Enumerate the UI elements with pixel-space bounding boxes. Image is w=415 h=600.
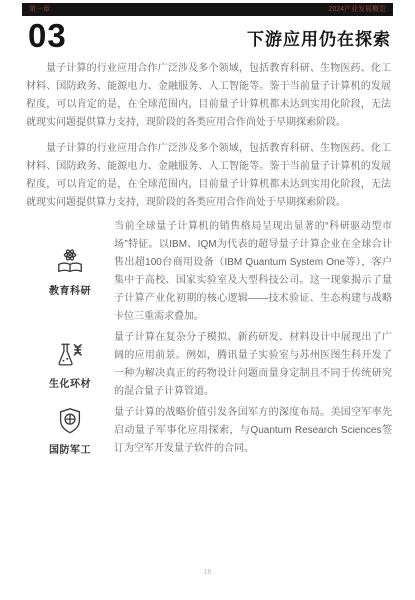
section-label: 生化环材 bbox=[49, 375, 91, 390]
header-doc-title: 2024产业发展概览 bbox=[328, 6, 386, 13]
intro-paragraph-1: 量子计算的行业应用合作广泛涉及多个领域，包括教育科研、生物医药、化工材料、国防政… bbox=[26, 60, 391, 132]
book-atom-icon bbox=[55, 247, 85, 277]
header-chapter-label: 第一章 bbox=[29, 6, 50, 13]
page-title: 下游应用仍在探索 bbox=[247, 25, 391, 52]
section-defense-military: 国防军工 量子计算的战略价值引发各国军方的深度布局。美国空军率先启动量子军事化应… bbox=[26, 404, 392, 458]
chapter-number: 03 bbox=[28, 19, 67, 52]
section-bio-chem-materials: 生化环材 量子计算在复杂分子模拟、新药研发、材料设计中展现出了广阔的应用前景。例… bbox=[26, 329, 392, 401]
page-number: 16 bbox=[0, 569, 415, 576]
document-page: 第一章 2024产业发展概览 03 下游应用仍在探索 量子计算的行业应用合作广泛… bbox=[0, 0, 415, 600]
section-icon-column: 生化环材 bbox=[26, 340, 114, 390]
title-row: 03 下游应用仍在探索 bbox=[28, 19, 391, 52]
intro-paragraph-2: 量子计算的行业应用合作广泛涉及多个领域，包括教育科研、生物医药、化工材料、国防政… bbox=[26, 140, 391, 212]
section-icon-column: 教育科研 bbox=[26, 247, 114, 297]
header-bar: 第一章 2024产业发展概览 bbox=[22, 3, 393, 16]
section-education-research: 教育科研 当前全球量子计算机的销售格局呈现出显著的“科研驱动型市场”特征。以IB… bbox=[26, 218, 392, 326]
shield-target-icon bbox=[55, 406, 85, 436]
section-label: 国防军工 bbox=[49, 441, 91, 456]
section-label: 教育科研 bbox=[49, 282, 91, 297]
section-text: 当前全球量子计算机的销售格局呈现出显著的“科研驱动型市场”特征。以IBM、IQM… bbox=[114, 218, 392, 326]
section-icon-column: 国防军工 bbox=[26, 406, 114, 456]
section-text: 量子计算在复杂分子模拟、新药研发、材料设计中展现出了广阔的应用前景。例如，腾讯量… bbox=[114, 329, 392, 401]
application-sections: 教育科研 当前全球量子计算机的销售格局呈现出显著的“科研驱动型市场”特征。以IB… bbox=[0, 218, 415, 458]
section-text: 量子计算的战略价值引发各国军方的深度布局。美国空军率先启动量子军事化应用探索，与… bbox=[114, 404, 392, 458]
flask-dna-icon bbox=[55, 340, 85, 370]
